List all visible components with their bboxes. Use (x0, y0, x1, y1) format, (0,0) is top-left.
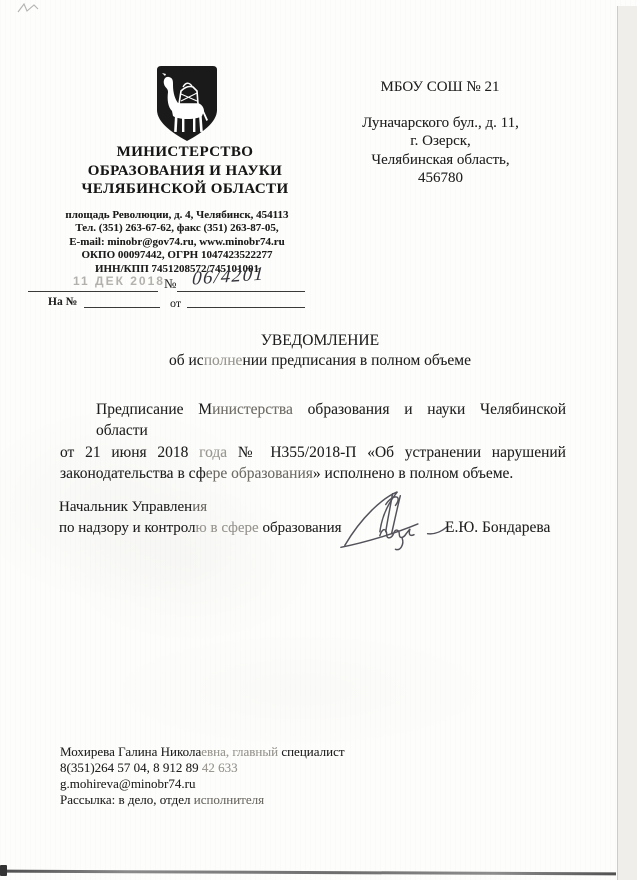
scanned-letter-page: МИНИСТЕРСТВО ОБРАЗОВАНИЯ И НАУКИ ЧЕЛЯБИН… (0, 0, 637, 880)
executor-email-line: g.mohireva@minobr74.ru (60, 776, 490, 792)
ministry-address-line: площадь Революции, д. 4, Челябинск, 4541… (27, 209, 327, 222)
recipient-address: Луначарского бул., д. 11, г. Озерск, Чел… (348, 114, 533, 187)
distribution-line: Рассылка: в дело, отдел исполнителя (60, 792, 490, 808)
recipient-address-line: г. Озерск, (348, 132, 533, 150)
reply-from-label: от (170, 296, 181, 311)
ministry-name-line: ЧЕЛЯБИНСКОЙ ОБЛАСТИ (35, 180, 335, 199)
outgoing-number-label: № (164, 276, 176, 292)
reply-date-underline (187, 307, 305, 308)
executor-phones-line: 8(351)264 57 04, 8 912 89 42 633 (60, 760, 490, 776)
date-underline (28, 291, 158, 292)
coat-of-arms-icon (152, 63, 222, 144)
ministry-name-line: ОБРАЗОВАНИЯ И НАУКИ (35, 162, 335, 181)
ministry-contact-block: площадь Революции, д. 4, Челябинск, 4541… (27, 209, 327, 276)
reply-to-number-label: На № (48, 296, 77, 308)
document-title-block: УВЕДОМЛЕНИЕ об исполнении предписания в … (70, 331, 570, 370)
reply-number-underline (84, 307, 160, 308)
ministry-email-line: E-mail: minobr@gov74.ru, www.minobr74.ru (27, 236, 327, 249)
scan-bottom-edge-line (4, 870, 616, 875)
pen-scratch-mark-icon (16, 2, 40, 15)
executor-block: Мохирева Галина Николаевна, главный спец… (60, 744, 490, 808)
date-stamp: 11 ДЕК 2018 (73, 274, 165, 288)
ministry-name-line: МИНИСТЕРСТВО (35, 143, 335, 162)
signer-name: Е.Ю. Бондарева (445, 519, 550, 537)
document-subtitle: об исполнении предписания в полном объем… (70, 351, 570, 371)
ministry-inn-line: ИНН/КПП 7451208572/745101001 (27, 263, 327, 276)
ministry-okpo-line: ОКПО 00097442, ОГРН 1047423522277 (27, 249, 327, 262)
number-underline (177, 291, 305, 292)
ministry-phone-line: Тел. (351) 263-67-62, факс (351) 263-87-… (27, 222, 327, 235)
executor-name-line: Мохирева Галина Николаевна, главный спец… (60, 744, 490, 760)
paper-right-edge-shadow (617, 6, 637, 880)
recipient-address-line: Луначарского бул., д. 11, (348, 114, 533, 132)
handwritten-signature-icon (338, 486, 450, 558)
body-paragraph: Предписание Министерства образования и н… (60, 399, 566, 485)
recipient-address-line: Челябинская область, 456780 (348, 151, 533, 188)
ministry-name: МИНИСТЕРСТВО ОБРАЗОВАНИЯ И НАУКИ ЧЕЛЯБИН… (35, 143, 335, 199)
outgoing-number-handwritten: 06/4201 (191, 263, 265, 290)
body-line: Предписание Министерства образования и н… (60, 399, 566, 442)
recipient-name: МБОУ СОШ № 21 (350, 79, 530, 96)
body-line: законодательства в сфере образования» ис… (60, 463, 566, 484)
body-line: от 21 июня 2018 года № Н355/2018-П «Об у… (60, 442, 566, 463)
scan-corner-mark (0, 865, 7, 876)
document-title: УВЕДОМЛЕНИЕ (70, 331, 570, 351)
